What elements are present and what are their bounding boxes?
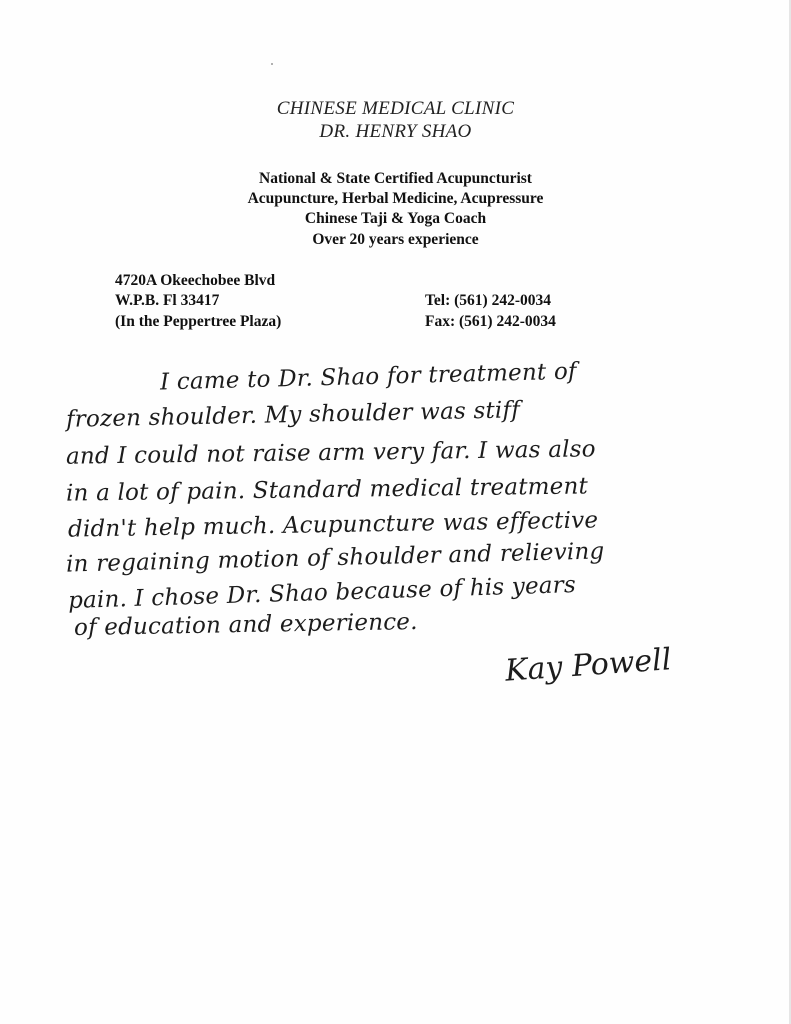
handwritten-line: I came to Dr. Shao for treatment of [160, 359, 577, 396]
scan-speck [271, 63, 273, 65]
handwritten-line: in a lot of pain. Standard medical treat… [66, 473, 588, 506]
handwritten-line: pain. I chose Dr. Shao because of his ye… [68, 572, 577, 614]
handwritten-line: of education and experience. [74, 609, 418, 641]
signature: Kay Powell [504, 642, 672, 689]
doctor-name: DR. HENRY SHAO [0, 121, 791, 143]
credential-line: Chinese Taji & Yoga Coach [0, 210, 791, 228]
handwritten-line: frozen shoulder. My shoulder was stiff [66, 397, 520, 433]
credential-line: Over 20 years experience [0, 231, 791, 249]
telephone: Tel: (561) 242-0034 [425, 292, 551, 310]
address-line: 4720A Okeechobee Blvd [115, 272, 275, 290]
fax: Fax: (561) 242-0034 [425, 313, 556, 331]
credential-line: National & State Certified Acupuncturist [0, 170, 791, 188]
handwritten-line: in regaining motion of shoulder and reli… [66, 538, 605, 577]
handwritten-line: didn't help much. Acupuncture was effect… [68, 507, 599, 542]
address-line: W.P.B. Fl 33417 [115, 292, 219, 310]
clinic-name: CHINESE MEDICAL CLINIC [0, 98, 791, 120]
handwritten-line: and I could not raise arm very far. I wa… [66, 436, 596, 469]
credential-line: Acupuncture, Herbal Medicine, Acupressur… [0, 190, 791, 208]
letter-page: CHINESE MEDICAL CLINIC DR. HENRY SHAO Na… [0, 0, 791, 1024]
address-line: (In the Peppertree Plaza) [115, 313, 281, 331]
